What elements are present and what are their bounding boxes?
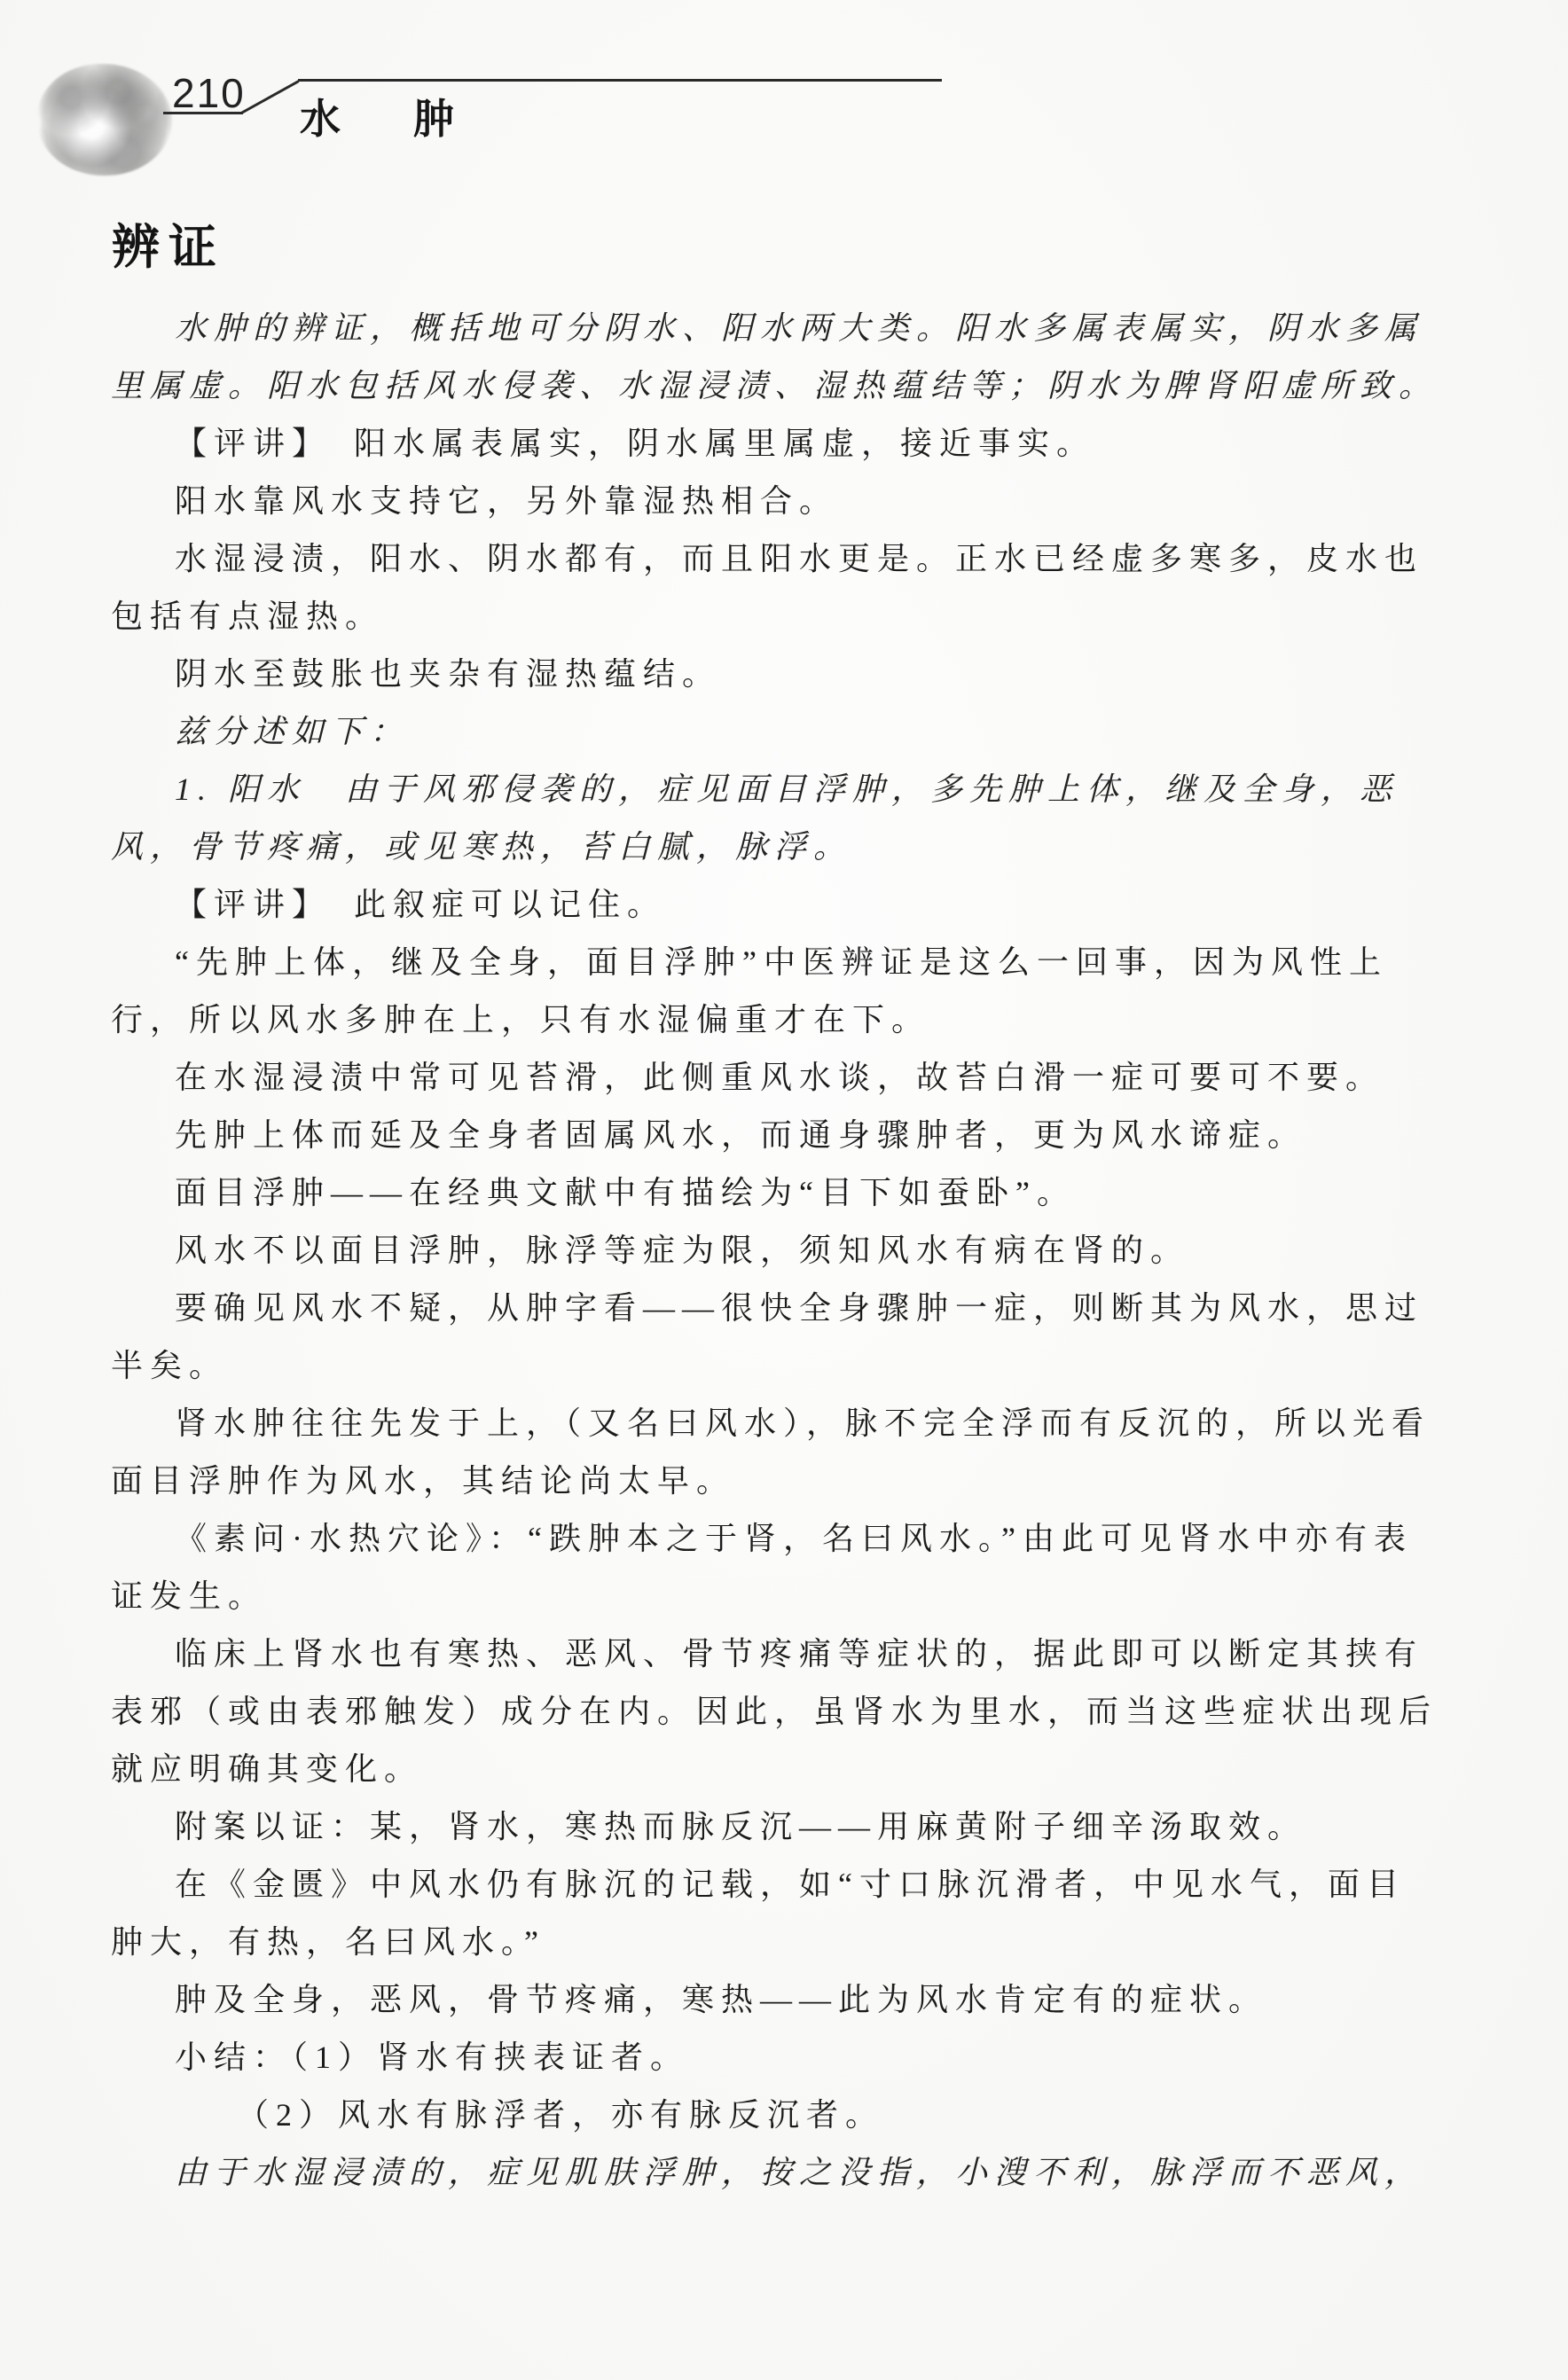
section-heading: 辨证: [112, 209, 225, 278]
text-line: 半矣。: [111, 1337, 1494, 1395]
text-line: 行，所以风水多肿在上，只有水湿偏重才在下。: [111, 991, 1494, 1049]
text-line: 在水湿浸渍中常可见苔滑，此侧重风水谈，故苔白滑一症可要可不要。: [111, 1049, 1494, 1107]
text-line: 【评讲】 阳水属表属实，阴水属里属虚，接近事实。: [111, 415, 1494, 473]
text-line: 风，骨节疼痛，或见寒热，苔白腻，脉浮。: [111, 818, 1494, 876]
text-line: 小结：（1）肾水有挟表证者。: [111, 2029, 1494, 2086]
text-line: 肾水肿往往先发于上，（又名曰风水），脉不完全浮而有反沉的，所以光看: [111, 1395, 1494, 1452]
text-line: 就应明确其变化。: [111, 1741, 1494, 1798]
text-line: 【评讲】 此叙症可以记住。: [111, 876, 1494, 934]
chapter-title: 水肿: [300, 87, 454, 145]
text-line: 水湿浸渍，阳水、阴水都有，而且阳水更是。正水已经虚多寒多，皮水也: [111, 530, 1494, 588]
text-line: “先肿上体，继及全身，面目浮肿”中医辨证是这么一回事，因为风性上: [111, 934, 1494, 991]
text-line: 证发生。: [111, 1568, 1494, 1625]
text-line: 1. 阳水 由于风邪侵袭的，症见面目浮肿，多先肿上体，继及全身，恶: [111, 761, 1494, 818]
header-rule-diagonal: [240, 80, 299, 114]
text-line: 包括有点湿热。: [111, 588, 1494, 646]
page-number: 210: [172, 69, 246, 117]
text-line: 兹分述如下：: [111, 703, 1494, 761]
body-text: 水肿的辨证，概括地可分阴水、阳水两大类。阳水多属表属实，阴水多属里属虚。阳水包括…: [111, 300, 1494, 2202]
text-line: 面目浮肿——在经典文献中有描绘为“目下如蚕卧”。: [111, 1164, 1494, 1222]
text-line: 阴水至鼓胀也夹杂有湿热蕴结。: [111, 646, 1494, 703]
text-line: 水肿的辨证，概括地可分阴水、阳水两大类。阳水多属表属实，阴水多属: [111, 300, 1494, 357]
text-line: 里属虚。阳水包括风水侵袭、水湿浸渍、湿热蕴结等；阴水为脾肾阳虚所致。: [111, 357, 1494, 415]
text-line: 临床上肾水也有寒热、恶风、骨节疼痛等症状的，据此即可以断定其挟有: [111, 1625, 1494, 1683]
text-line: 《素问·水热穴论》：“跌肿本之于肾，名曰风水。”由此可见肾水中亦有表: [111, 1510, 1494, 1568]
text-line: 风水不以面目浮肿，脉浮等症为限，须知风水有病在肾的。: [111, 1222, 1494, 1280]
text-line: 阳水靠风水支持它，另外靠湿热相合。: [111, 473, 1494, 530]
text-line: 要确见风水不疑，从肿字看——很快全身骤肿一症，则断其为风水，思过: [111, 1280, 1494, 1337]
book-page: 210 水肿 辨证 水肿的辨证，概括地可分阴水、阳水两大类。阳水多属表属实，阴水…: [0, 0, 1568, 2380]
chapter-title-char: 肿: [413, 97, 454, 142]
text-line: 肿大，有热，名曰风水。”: [111, 1914, 1494, 1971]
text-line: 肿及全身，恶风，骨节疼痛，寒热——此为风水肯定有的症状。: [111, 1971, 1494, 2029]
library-stamp-icon: [37, 64, 172, 176]
text-line: 表邪（或由表邪触发）成分在内。因此，虽肾水为里水，而当这些症状出现后: [111, 1683, 1494, 1741]
header-rule-short: [163, 112, 243, 114]
text-line: 在《金匮》中风水仍有脉沉的记载，如“寸口脉沉滑者，中见水气，面目: [111, 1856, 1494, 1914]
text-line: 先肿上体而延及全身者固属风水，而通身骤肿者，更为风水谛症。: [111, 1107, 1494, 1164]
chapter-title-char: 水: [300, 97, 341, 142]
text-line: 附案以证：某，肾水，寒热而脉反沉——用麻黄附子细辛汤取效。: [111, 1798, 1494, 1856]
text-line: （2）风水有脉浮者，亦有脉反沉者。: [111, 2086, 1494, 2144]
text-line: 由于水湿浸渍的，症见肌肤浮肿，按之没指，小溲不利，脉浮而不恶风，: [111, 2144, 1494, 2202]
header-rule-long: [298, 79, 942, 82]
text-line: 面目浮肿作为风水，其结论尚太早。: [111, 1452, 1494, 1510]
